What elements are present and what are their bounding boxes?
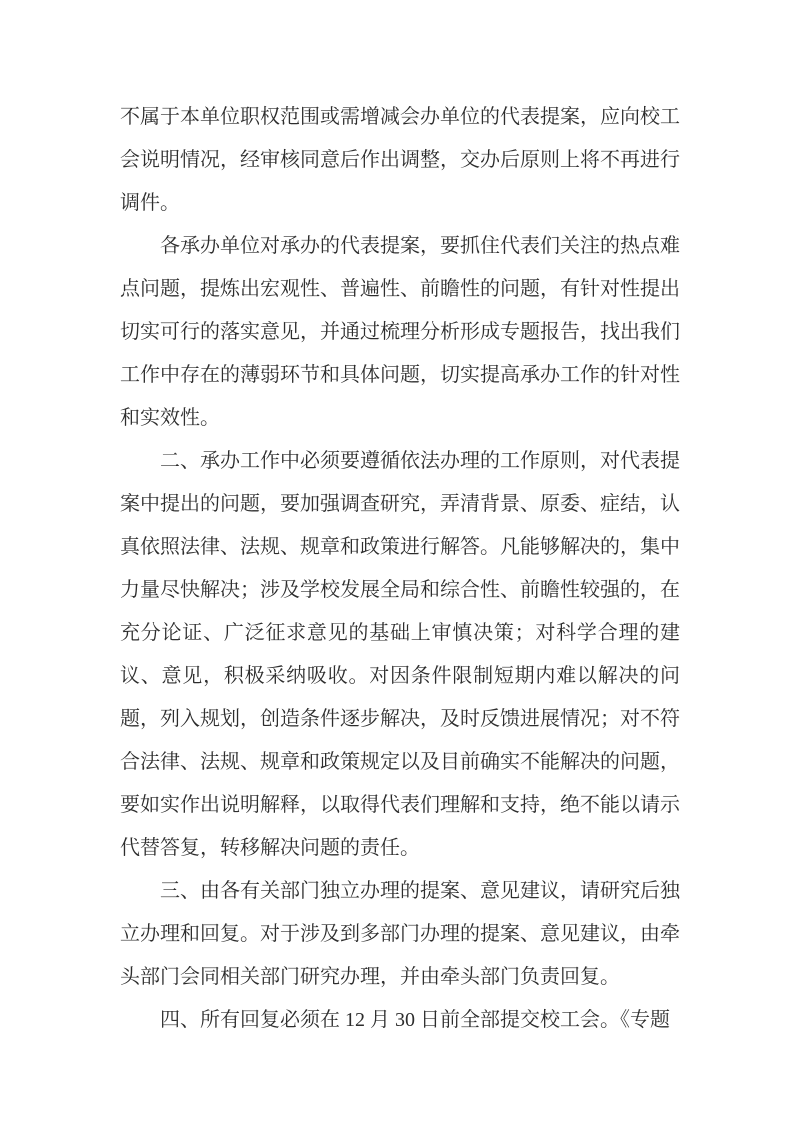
paragraph-5-item-four: 四、所有回复必须在 12 月 30 日前全部提交校工会。《专题 — [120, 999, 680, 1042]
paragraph-2: 各承办单位对承办的代表提案，要抓住代表们关注的热点难点问题，提炼出宏观性、普遍性… — [120, 225, 680, 440]
paragraph-3-item-two: 二、承办工作中必须要遵循依法办理的工作原则，对代表提案中提出的问题，要加强调查研… — [120, 440, 680, 870]
paragraph-1-continuation: 不属于本单位职权范围或需增减会办单位的代表提案，应向校工会说明情况，经审核同意后… — [120, 96, 680, 225]
document-page: 不属于本单位职权范围或需增减会办单位的代表提案，应向校工会说明情况，经审核同意后… — [0, 0, 793, 1122]
paragraph-4-item-three: 三、由各有关部门独立办理的提案、意见建议，请研究后独立办理和回复。对于涉及到多部… — [120, 870, 680, 999]
document-text-block: 不属于本单位职权范围或需增减会办单位的代表提案，应向校工会说明情况，经审核同意后… — [120, 96, 680, 1042]
